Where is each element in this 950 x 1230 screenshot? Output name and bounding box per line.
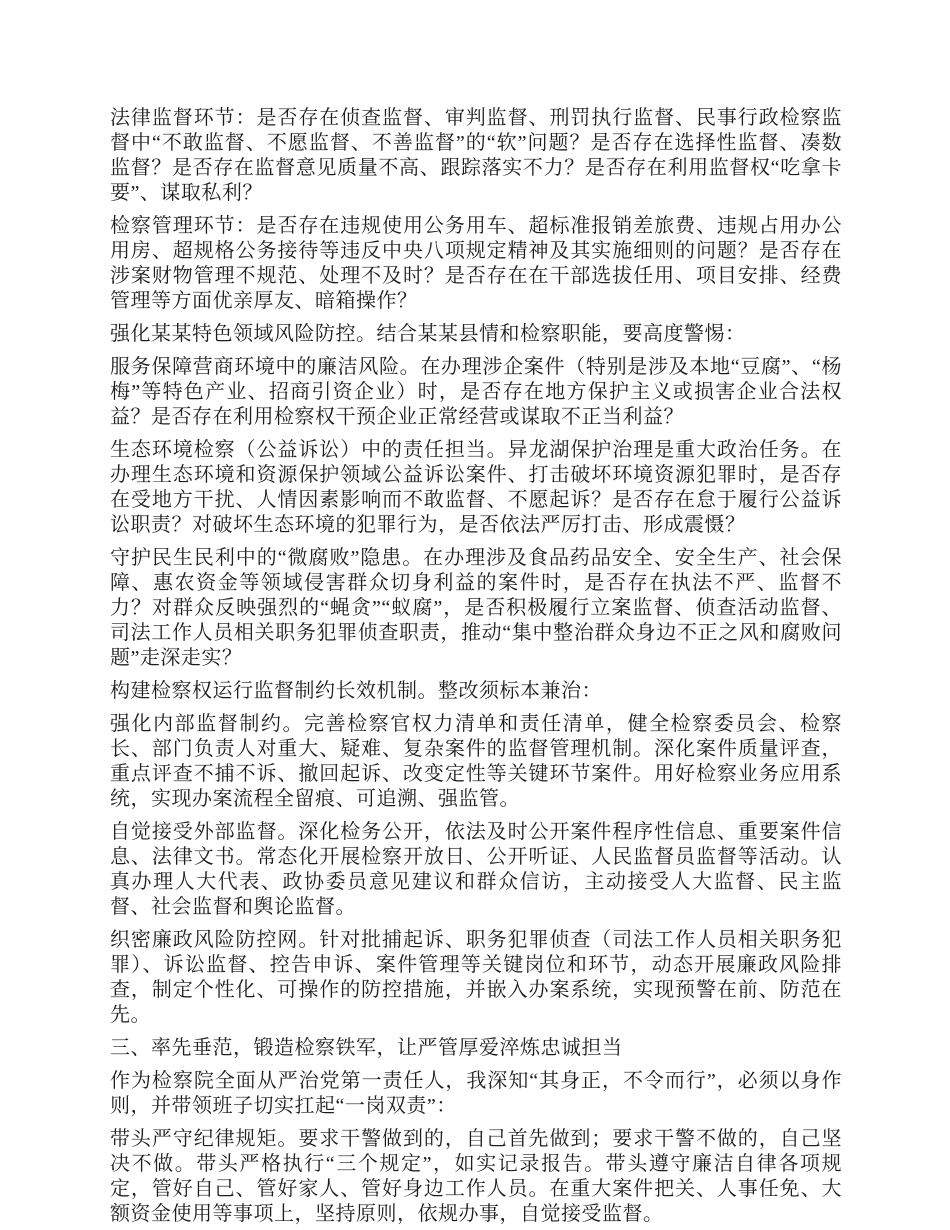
paragraph-lead-by-example: 带头严守纪律规矩。要求干警做到的，自己首先做到；要求干警不做的，自己坚决不做。带… <box>110 1127 842 1227</box>
paragraph-procuratorial-management: 检察管理环节：是否存在违规使用公务用车、超标准报销差旅费、违规占用办公用房、超规… <box>110 214 842 314</box>
paragraph-first-responsibility: 作为检察院全面从严治党第一责任人，我深知“其身正，不令而行”，必须以身作则，并带… <box>110 1069 842 1119</box>
paragraph-integrity-risk-network: 织密廉政风险防控网。针对批捕起诉、职务犯罪侦查（司法工作人员相关职务犯罪）、诉讼… <box>110 928 842 1028</box>
paragraph-legal-supervision: 法律监督环节：是否存在侦查监督、审判监督、刑罚执行监督、民事行政检察监督中“不敢… <box>110 106 842 206</box>
paragraph-micro-corruption: 守护民生民利中的“微腐败”隐患。在办理涉及食品药品安全、安全生产、社会保障、惠农… <box>110 546 842 671</box>
paragraph-risk-prevention-intro: 强化某某特色领域风险防控。结合某某县情和检察职能，要高度警惕： <box>110 322 842 347</box>
paragraph-external-supervision: 自觉接受外部监督。深化检务公开，依法及时公开案件程序性信息、重要案件信息、法律文… <box>110 820 842 920</box>
paragraph-internal-supervision: 强化内部监督制约。完善检察官权力清单和责任清单，健全检察委员会、检察长、部门负责… <box>110 712 842 812</box>
section-heading-three: 三、率先垂范，锻造检察铁军，让严管厚爱淬炼忠诚担当 <box>110 1036 842 1061</box>
document-body: 法律监督环节：是否存在侦查监督、审判监督、刑罚执行监督、民事行政检察监督中“不敢… <box>110 106 842 1230</box>
paragraph-long-term-mechanism-intro: 构建检察权运行监督制约长效机制。整改须标本兼治： <box>110 679 842 704</box>
paragraph-ecological-environment: 生态环境检察（公益诉讼）中的责任担当。异龙湖保护治理是重大政治任务。在办理生态环… <box>110 438 842 538</box>
paragraph-business-environment: 服务保障营商环境中的廉洁风险。在办理涉企案件（特别是涉及本地“豆腐”、“杨梅”等… <box>110 355 842 430</box>
document-page: 法律监督环节：是否存在侦查监督、审判监督、刑罚执行监督、民事行政检察监督中“不敢… <box>0 0 950 1230</box>
